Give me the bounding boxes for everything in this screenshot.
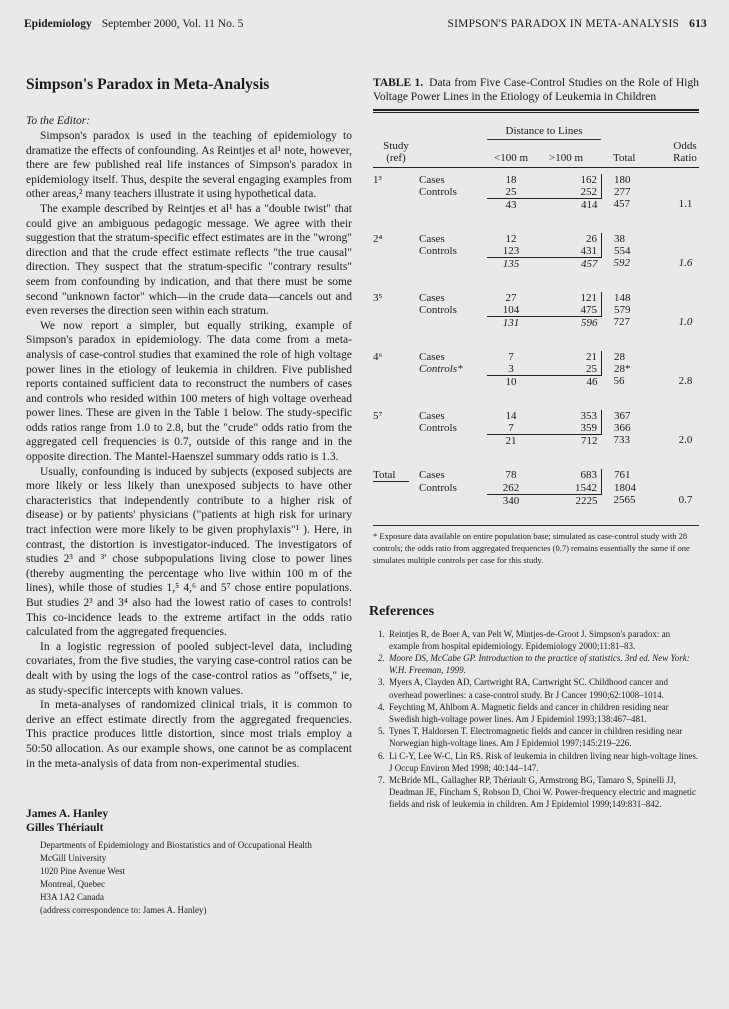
cases-row: TotalCases78683761 [373,469,699,482]
reference-item: Tynes T, Haldorsen T. Electromagnetic fi… [387,725,699,749]
cell-value: 104 [487,304,535,317]
header-blank [419,115,487,140]
cases-label: Cases [419,174,487,186]
affiliation: Departments of Epidemiology and Biostati… [40,839,352,917]
running-head-left: EpidemiologySeptember 2000, Vol. 11 No. … [24,18,243,30]
controls-label: Controls [419,482,487,495]
affiliation-line: 1020 Pine Avenue West [40,865,352,878]
odds-ratio-value: 0.7 [672,494,699,507]
reference-item: McBride ML, Gallagher RP, Thériault G, A… [387,774,699,811]
cell-value: 683 [535,469,602,482]
affiliation-line: (address correspondence to: James A. Han… [40,904,352,917]
cell-sum: 135 [487,257,535,270]
header-lt100: <100 m [487,140,535,164]
study-ref: 5⁷ [373,410,419,422]
cell-total: 761 [602,469,673,482]
cell-blank [672,482,699,495]
cell-blank [672,186,699,199]
cell-value: 431 [535,245,602,258]
cell-blank [373,304,419,317]
cell-sum: 596 [535,316,602,329]
cell-value: 7 [487,351,535,363]
cell-total: 148 [602,292,673,304]
totals-row: 434144571.1 [373,198,699,211]
cell-blank [373,422,419,435]
cell-blank [419,257,487,270]
cell-sum: 457 [535,257,602,270]
cell-blank [672,304,699,317]
cases-row: 1³Cases18162180 [373,174,699,186]
header-blank [601,115,671,140]
table-label: TABLE 1. [373,77,423,89]
paragraph-2: The example described by Reintjes et al¹… [26,202,352,319]
cell-value: 12 [487,233,535,245]
page-number: 613 [689,18,707,30]
cell-blank [373,363,419,376]
header-study: Study (ref) [373,115,419,164]
cell-sum: 340 [487,494,535,507]
table-top-rule [373,109,699,113]
cell-sum: 10 [487,375,535,388]
left-column: Simpson's Paradox in Meta-Analysis To th… [26,76,352,917]
controls-row: Controls26215421804 [373,482,699,495]
spacer-cell [373,388,699,410]
spacer-row [373,388,699,410]
spacer-cell [373,270,699,292]
cell-blank [419,198,487,211]
header-row-1: Study (ref) Distance to Lines [373,115,699,140]
spacer-cell [373,447,699,469]
right-column: TABLE 1.Data from Five Case-Control Stud… [373,76,699,811]
cell-value: 18 [487,174,535,186]
paragraph-4: Usually, confounding is induced by subje… [26,465,352,640]
header-rule [373,164,699,168]
controls-label: Controls [419,186,487,199]
journal-page: EpidemiologySeptember 2000, Vol. 11 No. … [0,0,729,1009]
study-ref: 1³ [373,174,419,186]
cell-value: 25 [487,186,535,199]
spacer-row [373,211,699,233]
salutation: To the Editor: [26,114,352,129]
cases-label: Cases [419,410,487,422]
cell-blank [672,233,699,245]
study-ref: Total [373,469,419,482]
controls-row: Controls*32528* [373,363,699,376]
data-table: Study (ref) Distance to Lines <100 m >10… [373,115,699,168]
odds-ratio-value: 2.8 [672,375,699,388]
totals-row: 340222525650.7 [373,494,699,507]
reference-list: Reintjes R, de Boer A, van Pelt W, Mintj… [373,628,699,811]
cell-value: 252 [535,186,602,199]
cases-row: 5⁷Cases14353367 [373,410,699,422]
totals-row: 1046562.8 [373,375,699,388]
paragraph-3: We now report a simpler, but equally str… [26,319,352,465]
cell-total: 38 [602,233,673,245]
cases-label: Cases [419,233,487,245]
reference-item: Feychting M, Ahlbom A. Magnetic fields a… [387,701,699,725]
cell-value: 14 [487,410,535,422]
cell-value: 123 [487,245,535,258]
cell-blank [373,245,419,258]
affiliation-line: H3A 1A2 Canada [40,891,352,904]
odds-ratio-value: 1.1 [672,198,699,211]
cell-grand-total: 56 [602,375,673,388]
header-gt100: >100 m [535,140,601,164]
odds-ratio-value: 1.0 [672,316,699,329]
affiliation-line: Montreal, Quebec [40,878,352,891]
header-total: Total [601,140,671,164]
author-block: James A. Hanley Gilles Thériault [26,807,352,835]
cell-grand-total: 733 [602,434,673,447]
cases-label: Cases [419,351,487,363]
odds-ratio-value: 1.6 [672,257,699,270]
spacer-row [373,447,699,469]
cell-blank [672,351,699,363]
study-ref: 3⁵ [373,292,419,304]
cell-sum: 43 [487,198,535,211]
cell-blank [373,434,419,447]
cell-total: 367 [602,410,673,422]
cell-grand-total: 2565 [602,494,673,507]
cell-blank [373,482,419,495]
cell-total: 277 [602,186,673,199]
cell-total: 366 [602,422,673,435]
cell-total: 28 [602,351,673,363]
cell-sum: 2225 [535,494,602,507]
cell-blank [419,375,487,388]
controls-row: Controls123431554 [373,245,699,258]
cases-row: 4⁶Cases72128 [373,351,699,363]
cases-label: Cases [419,469,487,482]
spacer-cell [373,211,699,233]
header-blank [419,140,487,164]
spacer-row [373,270,699,292]
cell-blank [672,292,699,304]
controls-label: Controls* [419,363,487,376]
cell-total: 180 [602,174,673,186]
cell-value: 3 [487,363,535,376]
cell-grand-total: 727 [602,316,673,329]
cell-value: 359 [535,422,602,435]
section-title: SIMPSON'S PARADOX IN META-ANALYSIS [448,18,680,30]
cell-blank [373,375,419,388]
totals-row: 1315967271.0 [373,316,699,329]
cases-label: Cases [419,292,487,304]
paragraph-6: In meta-analyses of randomized clinical … [26,698,352,771]
cell-blank [672,410,699,422]
study-table-body: 1³Cases18162180Controls25252277434144571… [373,170,699,507]
affiliation-line: McGill University [40,852,352,865]
cell-value: 27 [487,292,535,304]
cell-value: 475 [535,304,602,317]
totals-row: 217127332.0 [373,434,699,447]
running-head-right: SIMPSON'S PARADOX IN META-ANALYSIS613 [448,18,707,30]
cell-total: 579 [602,304,673,317]
cell-blank [672,363,699,376]
odds-ratio-value: 2.0 [672,434,699,447]
cases-row: 2⁴Cases122638 [373,233,699,245]
cell-grand-total: 592 [602,257,673,270]
cell-value: 7 [487,422,535,435]
cell-value: 21 [535,351,602,363]
controls-label: Controls [419,422,487,435]
spacer-cell [373,329,699,351]
reference-item: Li C-Y, Lee W-C, Lin RS. Risk of leukemi… [387,750,699,774]
cell-total: 28* [602,363,673,376]
controls-row: Controls104475579 [373,304,699,317]
study-ref: 4⁶ [373,351,419,363]
journal-issue: September 2000, Vol. 11 No. 5 [102,18,244,30]
cell-blank [419,434,487,447]
paragraph-5: In a logistic regression of pooled subje… [26,640,352,698]
cell-blank [672,245,699,258]
article-title: Simpson's Paradox in Meta-Analysis [26,76,352,94]
cell-value: 162 [535,174,602,186]
cell-sum: 712 [535,434,602,447]
cell-value: 262 [487,482,535,495]
cell-value: 25 [535,363,602,376]
cell-blank [373,316,419,329]
cell-blank [672,469,699,482]
journal-name: Epidemiology [24,18,92,30]
header-odds-ratio: Odds Ratio [671,140,699,164]
header-row-2: <100 m >100 m Total Odds Ratio [373,140,699,164]
cell-blank [419,316,487,329]
controls-row: Controls7359366 [373,422,699,435]
cell-value: 1542 [535,482,602,495]
study-ref: 2⁴ [373,233,419,245]
author-name: Gilles Thériault [26,821,352,835]
reference-item: Reintjes R, de Boer A, van Pelt W, Mintj… [387,628,699,652]
cell-sum: 46 [535,375,602,388]
cell-blank [373,257,419,270]
cell-sum: 21 [487,434,535,447]
controls-label: Controls [419,304,487,317]
cell-blank [373,198,419,211]
cell-value: 26 [535,233,602,245]
running-head: EpidemiologySeptember 2000, Vol. 11 No. … [24,18,707,34]
spacer-row [373,329,699,351]
author-name: James A. Hanley [26,807,352,821]
total-label: Total [373,469,409,482]
controls-label: Controls [419,245,487,258]
cell-total: 554 [602,245,673,258]
affiliation-line: Departments of Epidemiology and Biostati… [40,839,352,852]
cell-sum: 414 [535,198,602,211]
table-footnote: * Exposure data available on entire popu… [373,530,699,566]
header-blank [671,115,699,140]
paragraph-1: Simpson's paradox is used in the teachin… [26,129,352,202]
cell-blank [373,494,419,507]
footnote-rule [373,525,699,526]
references-heading: References [369,604,699,620]
cell-sum: 131 [487,316,535,329]
cell-blank [419,494,487,507]
cell-value: 121 [535,292,602,304]
table-caption: TABLE 1.Data from Five Case-Control Stud… [373,76,699,104]
totals-row: 1354575921.6 [373,257,699,270]
header-distance: Distance to Lines [487,115,601,140]
cell-blank [672,422,699,435]
cell-value: 353 [535,410,602,422]
controls-row: Controls25252277 [373,186,699,199]
cell-value: 78 [487,469,535,482]
cell-blank [373,186,419,199]
cell-blank [672,174,699,186]
cell-total: 1804 [602,482,673,495]
cases-row: 3⁵Cases27121148 [373,292,699,304]
reference-item: Myers A, Clayden AD, Cartwright RA, Cart… [387,676,699,700]
cell-grand-total: 457 [602,198,673,211]
reference-item: Moore DS, McCabe GP. Introduction to the… [387,652,699,676]
